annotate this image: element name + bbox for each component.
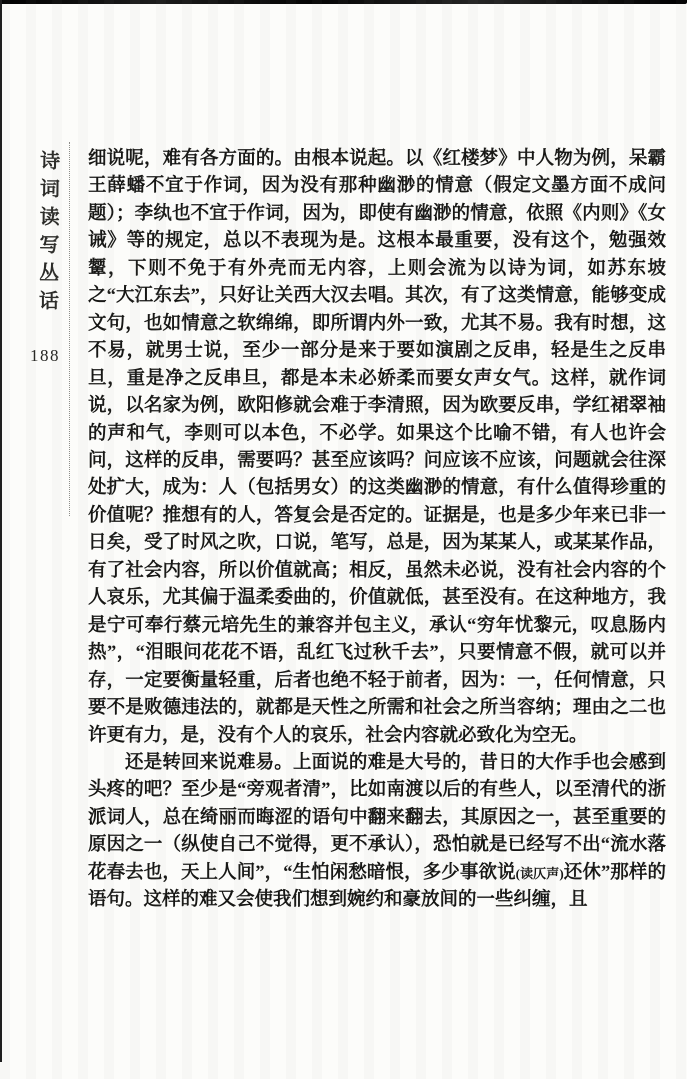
scanned-book-page: 诗词读写丛话 188 细说呢，难有各方面的。由根本说起。以《红楼梦》中人物为例，… [0,0,687,1079]
paragraph-continuation: 细说呢，难有各方面的。由根本说起。以《红楼梦》中人物为例，呆霸王薛蟠不宜于作词，… [88,146,666,750]
page-margin-sidebar: 诗词读写丛话 188 [0,0,88,1079]
book-title-calligraphy: 诗词读写丛话 [32,150,62,318]
margin-dotted-rule [69,142,70,516]
inline-tone-annotation: (读仄声) [516,866,564,881]
paragraph: 还是转回来说难易。上面说的难是大号的，昔日的大作手也会感到头疼的吧？至少是“旁观… [88,750,666,915]
page-number: 188 [30,346,60,366]
scan-border-top [0,0,687,4]
body-text: 细说呢，难有各方面的。由根本说起。以《红楼梦》中人物为例，呆霸王薛蟠不宜于作词，… [88,146,666,915]
